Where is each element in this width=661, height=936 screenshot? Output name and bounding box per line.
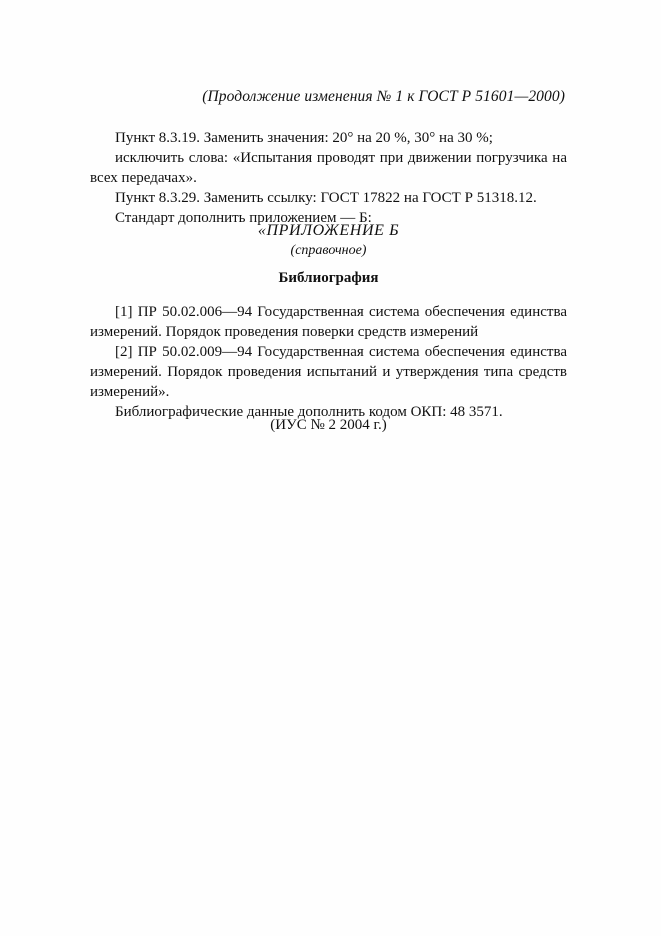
bibliography-heading-block: Библиография: [90, 268, 567, 288]
amendment-item: исключить слова: «Испытания проводят при…: [90, 148, 567, 188]
annex-title: «ПРИЛОЖЕНИЕ Б: [90, 221, 567, 241]
amendments-block: Пункт 8.3.19. Заменить значения: 20° на …: [90, 128, 567, 228]
continuation-header: (Продолжение изменения № 1 к ГОСТ Р 5160…: [202, 88, 565, 106]
source-block: (ИУС № 2 2004 г.): [90, 415, 567, 435]
annex-heading: «ПРИЛОЖЕНИЕ Б (справочное): [90, 221, 567, 261]
reference-item: [2] ПР 50.02.009—94 Государственная сист…: [90, 342, 567, 402]
document-page: (Продолжение изменения № 1 к ГОСТ Р 5160…: [0, 0, 661, 936]
reference-item: [1] ПР 50.02.006—94 Государственная сист…: [90, 302, 567, 342]
source-reference: (ИУС № 2 2004 г.): [90, 415, 567, 435]
amendment-item: Пункт 8.3.19. Заменить значения: 20° на …: [90, 128, 567, 148]
annex-subtitle: (справочное): [90, 241, 567, 261]
amendment-item: Пункт 8.3.29. Заменить ссылку: ГОСТ 1782…: [90, 188, 567, 208]
bibliography-title: Библиография: [90, 268, 567, 288]
references-block: [1] ПР 50.02.006—94 Государственная сист…: [90, 302, 567, 422]
